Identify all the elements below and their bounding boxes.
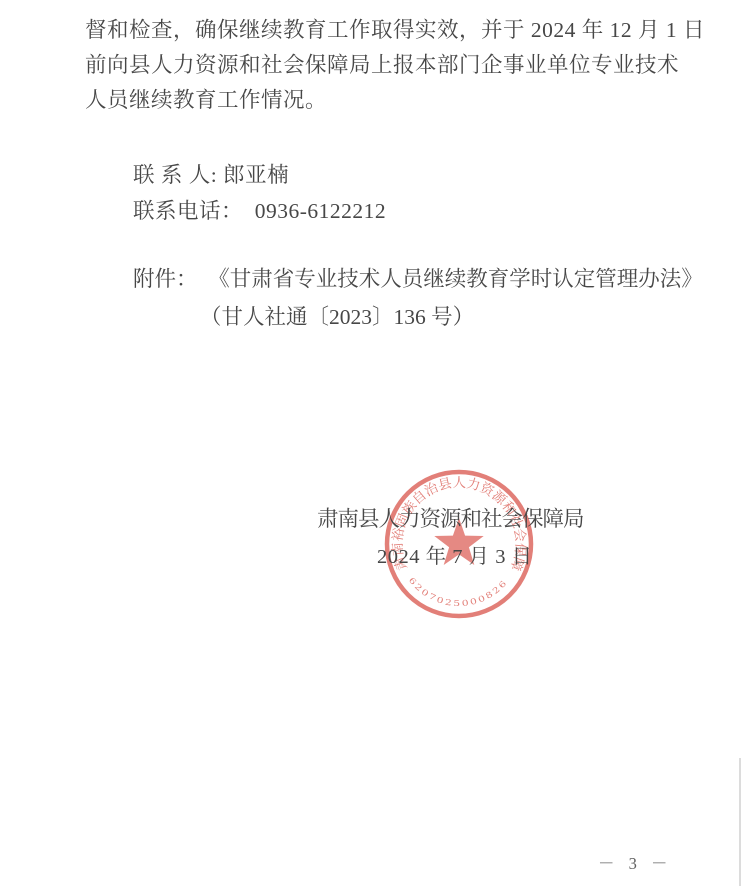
paragraph-line-3: 人员继续教育工作情况。 <box>85 87 327 114</box>
paragraph-line-2: 前向县人力资源和社会保障局上报本部门企事业单位专业技术 <box>85 52 679 79</box>
page-number: － 3 － <box>598 854 673 875</box>
paragraph-line-1: 督和检查，确保继续教育工作取得实效，并于 2024 年 12 月 1 日 <box>85 17 705 44</box>
signature-organization: 肃南县人力资源和社会保障局 <box>317 506 584 533</box>
seal-code-text: 6207025000826 <box>407 576 510 608</box>
signature-date: 2024 年 7 月 3 日 <box>377 545 533 571</box>
scan-edge-artifact <box>739 758 741 886</box>
attachment-document-number: （甘人社通〔2023〕136 号） <box>200 304 474 331</box>
contact-person: 联 系 人: 郎亚楠 <box>133 162 289 189</box>
attachment-title: 附件： 《甘肃省专业技术人员继续教育学时认定管理办法》 <box>133 266 703 293</box>
document-page: 督和检查，确保继续教育工作取得实效，并于 2024 年 12 月 1 日 前向县… <box>0 0 744 886</box>
contact-phone: 联系电话： 0936-6122212 <box>133 198 386 225</box>
official-seal: 肃南裕固族自治县人力资源和社会保障局 6207025000826 <box>379 464 539 624</box>
